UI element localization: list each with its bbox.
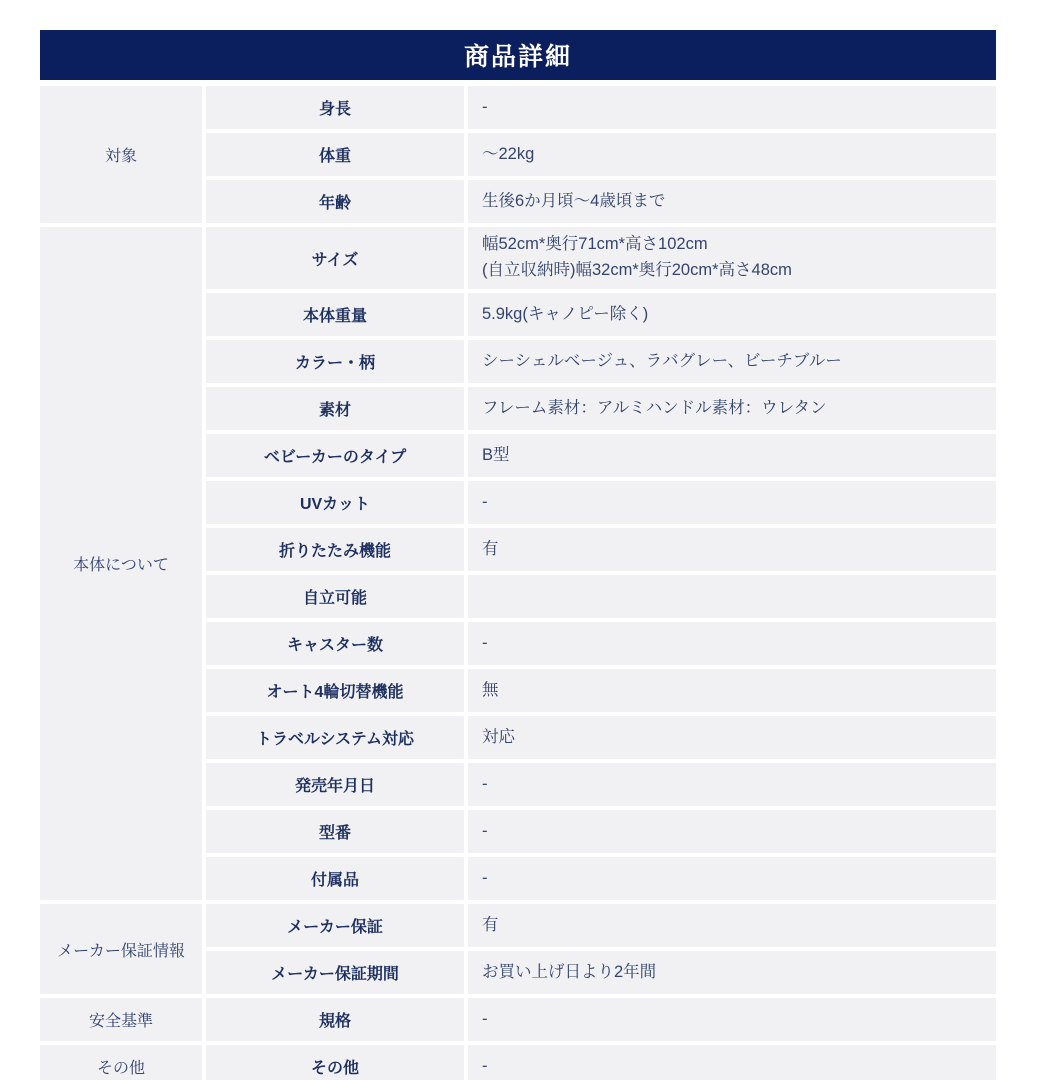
spec-label: カラー・柄 [206,340,464,383]
spec-value: - [468,998,996,1041]
spec-value: 5.9kg(キャノピー除く) [468,293,996,336]
spec-label: その他 [206,1045,464,1080]
category-cell: 対象 [40,86,202,223]
spec-value: - [468,857,996,900]
spec-value: B型 [468,434,996,477]
table-row: メーカー保証期間 お買い上げ日より2年間 [206,951,996,994]
spec-group-other: その他 その他 - [40,1045,996,1080]
spec-value: - [468,763,996,806]
spec-value: フレーム素材：アルミハンドル素材：ウレタン [468,387,996,430]
spec-value: - [468,481,996,524]
spec-value: - [468,810,996,853]
table-row: 型番 - [206,810,996,853]
table-row: ベビーカーのタイプ B型 [206,434,996,477]
spec-label: オート4輪切替機能 [206,669,464,712]
table-row: オート4輪切替機能 無 [206,669,996,712]
product-detail-table: 商品詳細 対象 身長 - 体重 ～22kg 年齢 生後6か月 [40,30,996,1080]
table-row: 付属品 - [206,857,996,900]
table-row: 自立可能 [206,575,996,618]
spec-label: 規格 [206,998,464,1041]
spec-group-body: 本体について サイズ 幅52cm*奥行71cm*高さ102cm (自立収納時)幅… [40,227,996,900]
spec-value: 有 [468,528,996,571]
table-row: トラベルシステム対応 対応 [206,716,996,759]
spec-groups: 対象 身長 - 体重 ～22kg 年齢 生後6か月頃～4歳頃まで [40,86,996,1080]
table-row: 発売年月日 - [206,763,996,806]
page: 商品詳細 対象 身長 - 体重 ～22kg 年齢 生後6か月 [0,0,1040,1080]
spec-value: 有 [468,904,996,947]
spec-value: ～22kg [468,133,996,176]
spec-value: 無 [468,669,996,712]
category-cell: その他 [40,1045,202,1080]
spec-label: 折りたたみ機能 [206,528,464,571]
spec-value: 生後6か月頃～4歳頃まで [468,180,996,223]
spec-group-warranty: メーカー保証情報 メーカー保証 有 メーカー保証期間 お買い上げ日より2年間 [40,904,996,994]
table-row: キャスター数 - [206,622,996,665]
spec-label: 自立可能 [206,575,464,618]
table-row: 素材 フレーム素材：アルミハンドル素材：ウレタン [206,387,996,430]
spec-group-safety: 安全基準 規格 - [40,998,996,1041]
table-row: カラー・柄 シーシェルベージュ、ラバグレー、ビーチブルー [206,340,996,383]
spec-label: 年齢 [206,180,464,223]
table-title: 商品詳細 [464,37,572,73]
category-cell: メーカー保証情報 [40,904,202,994]
category-cell: 本体について [40,227,202,900]
spec-label: サイズ [206,227,464,289]
spec-label: 型番 [206,810,464,853]
spec-label: 体重 [206,133,464,176]
spec-value: 対応 [468,716,996,759]
table-row: 本体重量 5.9kg(キャノピー除く) [206,293,996,336]
spec-value: 幅52cm*奥行71cm*高さ102cm (自立収納時)幅32cm*奥行20cm… [468,227,996,289]
spec-label: ベビーカーのタイプ [206,434,464,477]
table-header: 商品詳細 [40,30,996,80]
spec-label: 付属品 [206,857,464,900]
spec-label: 発売年月日 [206,763,464,806]
spec-label: メーカー保証期間 [206,951,464,994]
spec-value: - [468,622,996,665]
table-row: 体重 ～22kg [206,133,996,176]
spec-label: 素材 [206,387,464,430]
spec-value: - [468,86,996,129]
spec-value: - [468,1045,996,1080]
table-row: 身長 - [206,86,996,129]
spec-value: お買い上げ日より2年間 [468,951,996,994]
spec-value: シーシェルベージュ、ラバグレー、ビーチブルー [468,340,996,383]
table-row: その他 - [206,1045,996,1080]
table-row: メーカー保証 有 [206,904,996,947]
table-row: サイズ 幅52cm*奥行71cm*高さ102cm (自立収納時)幅32cm*奥行… [206,227,996,289]
table-row: UVカット - [206,481,996,524]
table-row: 規格 - [206,998,996,1041]
spec-label: 身長 [206,86,464,129]
category-cell: 安全基準 [40,998,202,1041]
spec-label: UVカット [206,481,464,524]
spec-label: 本体重量 [206,293,464,336]
table-row: 年齢 生後6か月頃～4歳頃まで [206,180,996,223]
spec-label: メーカー保証 [206,904,464,947]
spec-label: キャスター数 [206,622,464,665]
spec-label: トラベルシステム対応 [206,716,464,759]
table-row: 折りたたみ機能 有 [206,528,996,571]
spec-value [468,575,996,618]
spec-group-target: 対象 身長 - 体重 ～22kg 年齢 生後6か月頃～4歳頃まで [40,86,996,223]
